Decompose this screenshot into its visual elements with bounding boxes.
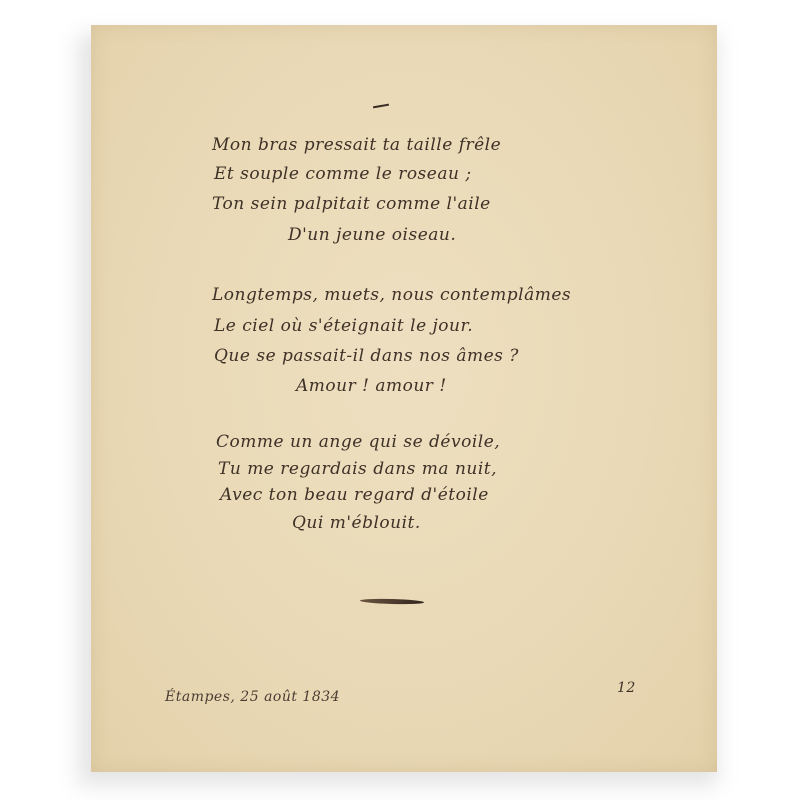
verse-line: D'un jeune oiseau. (288, 227, 456, 244)
verse-line: Le ciel où s'éteignait le jour. (214, 318, 473, 335)
place-date-signature: Étampes, 25 août 1834 (165, 689, 340, 705)
verse-line: Comme un ange qui se dévoile, (216, 434, 500, 451)
verse-line: Avec ton beau regard d'étoile (220, 487, 489, 504)
verse-line: Qui m'éblouit. (292, 515, 421, 532)
verse-line: Tu me regardais dans ma nuit, (218, 461, 497, 478)
verse-line: Mon bras pressait ta taille frêle (212, 137, 501, 154)
verse-line: Longtemps, muets, nous contemplâmes (212, 287, 571, 304)
page-number: 12 (617, 680, 636, 696)
manuscript-view: Mon bras pressait ta taille frêle Et sou… (0, 0, 800, 800)
verse-line: Et souple comme le roseau ; (214, 166, 472, 183)
verse-line: Amour ! amour ! (296, 378, 447, 395)
verse-line: Que se passait-il dans nos âmes ? (214, 348, 519, 365)
verse-line: Ton sein palpitait comme l'aile (212, 196, 491, 213)
